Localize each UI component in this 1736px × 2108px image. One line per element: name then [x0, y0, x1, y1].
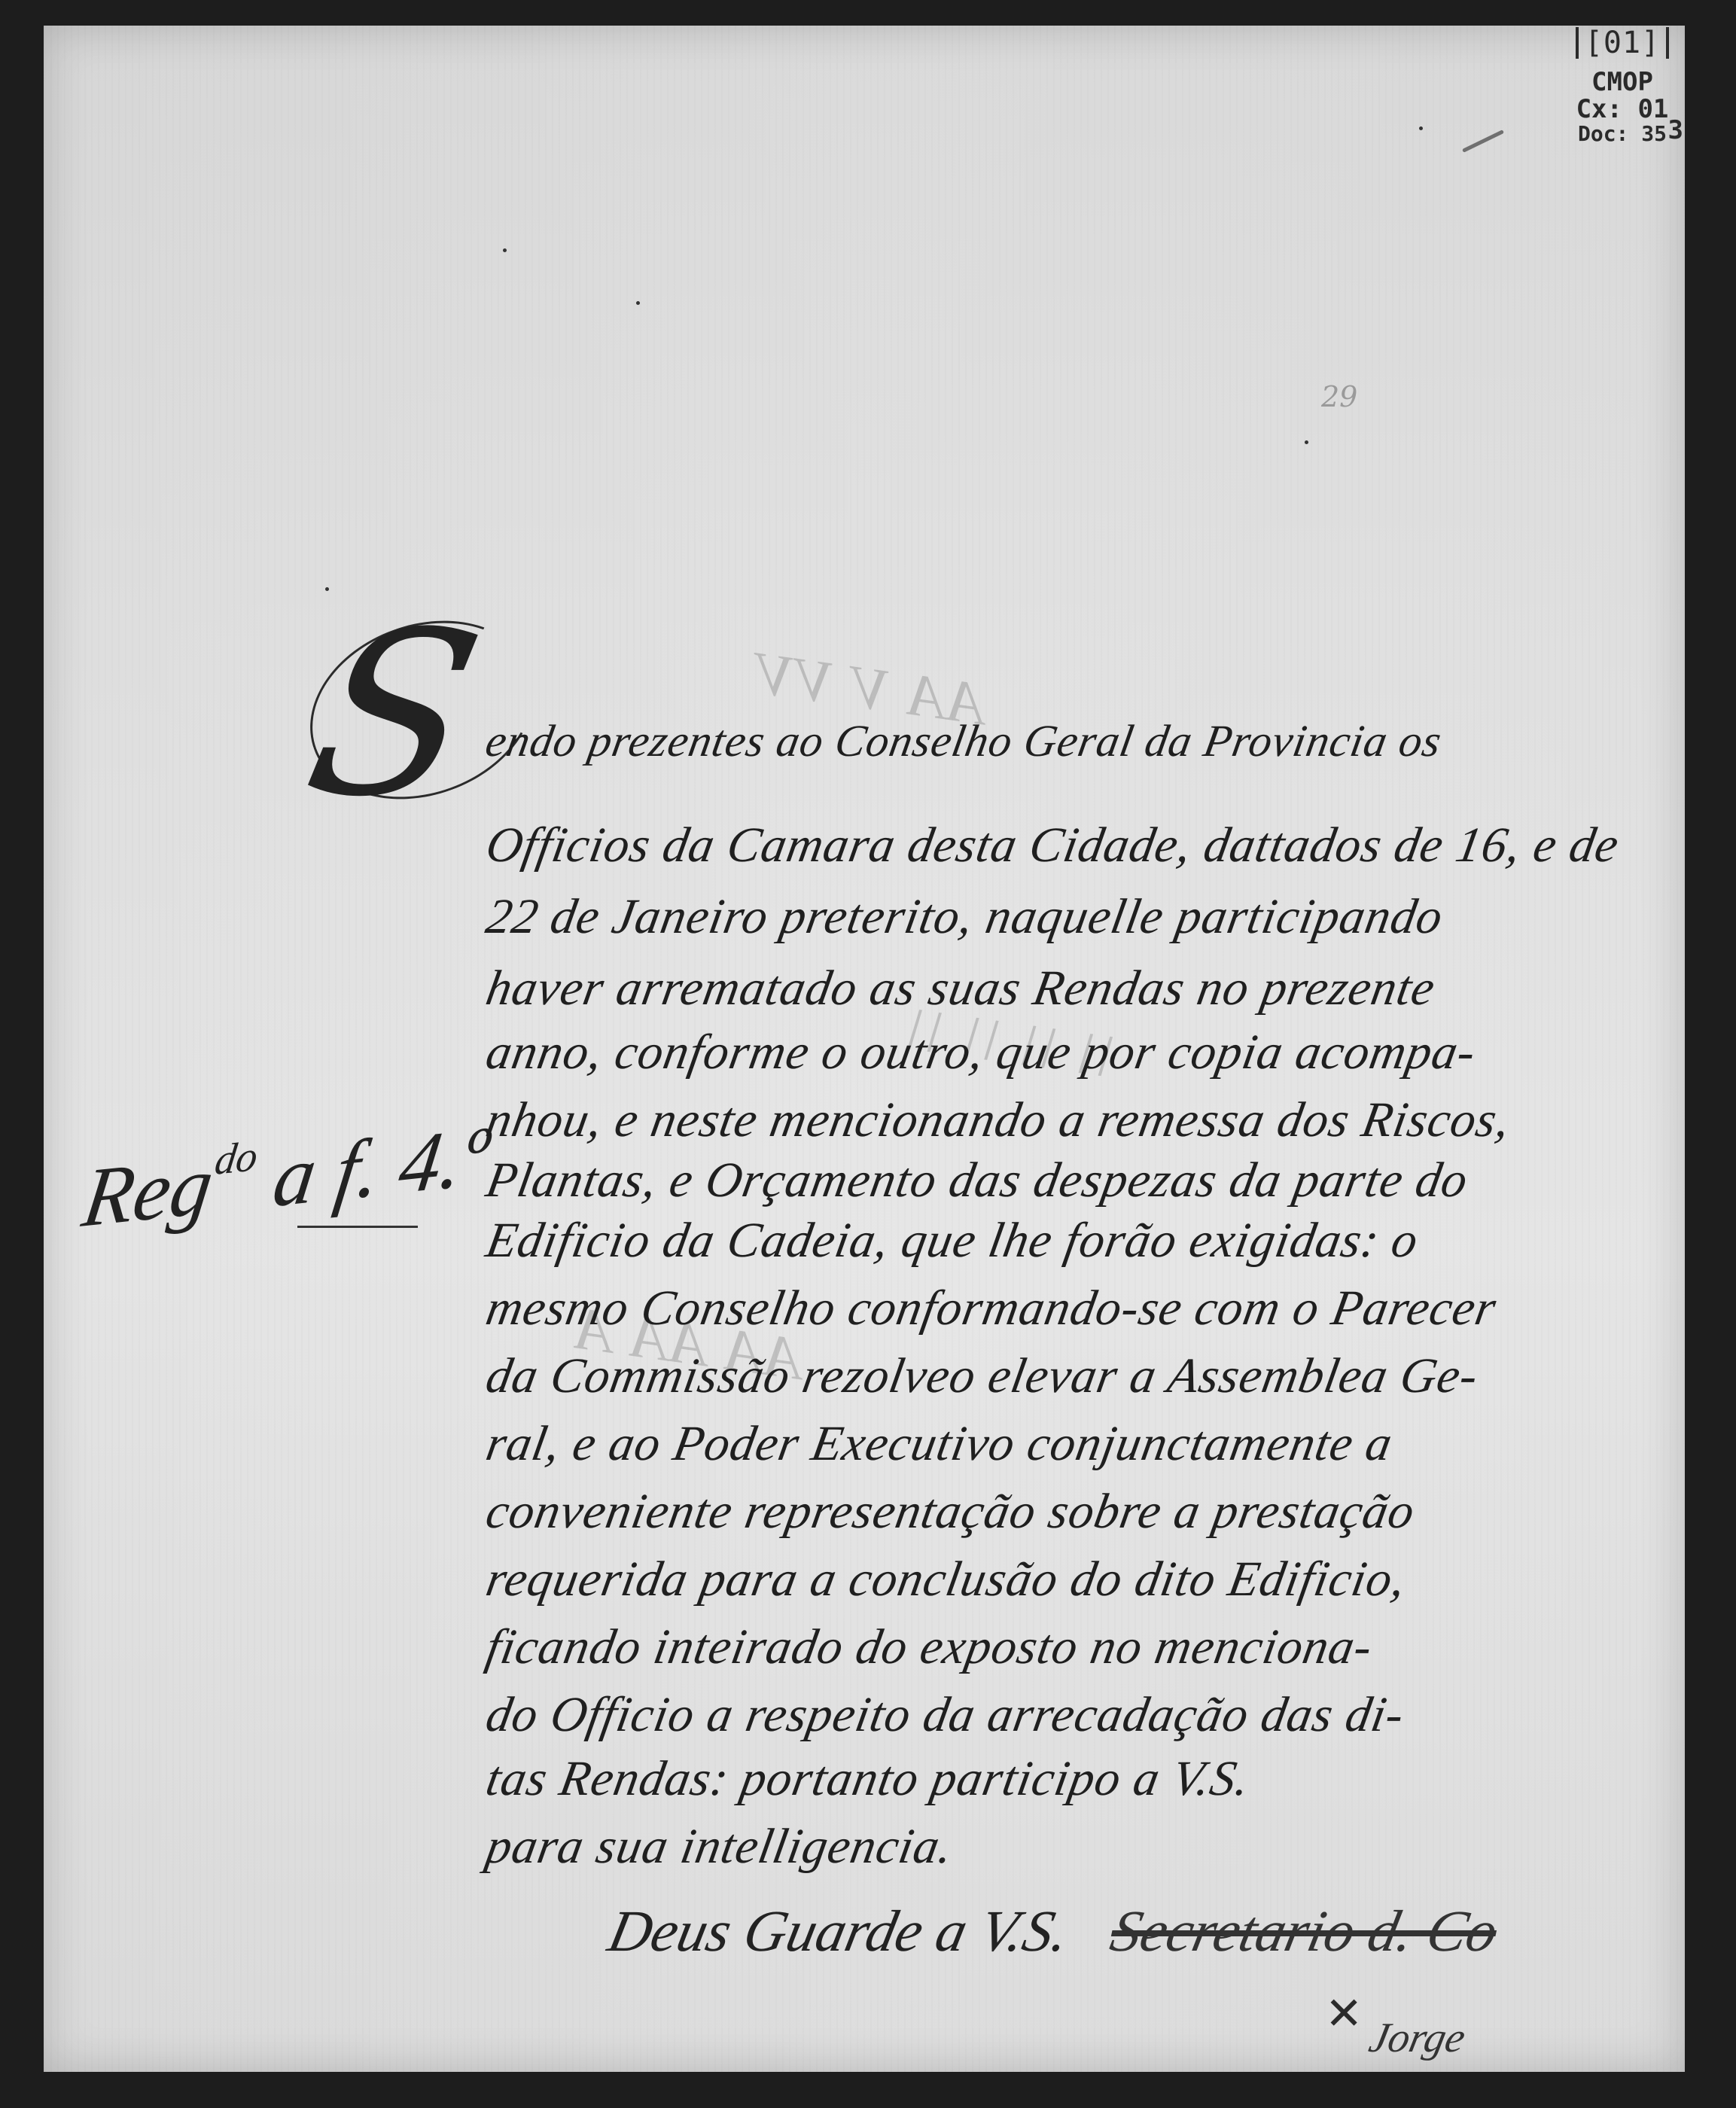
- document-number: Doc: 35: [1566, 123, 1679, 145]
- signature: Jorge: [1365, 2014, 1470, 2062]
- collection-suffix: 3: [1668, 117, 1683, 145]
- body-line: ral, e ao Poder Executivo conjunctamente…: [482, 1415, 1397, 1473]
- punch-dot: [1419, 126, 1423, 130]
- body-line: anno, conforme o outro, que por copia ac…: [482, 1024, 1480, 1081]
- folio-number: [01]: [1576, 27, 1669, 59]
- punch-dot: [636, 301, 640, 305]
- margin-note-superscript: do: [212, 1132, 261, 1184]
- archive-stamp: [01] CMOP 3 Cx: 01 Doc: 35: [1566, 27, 1679, 145]
- salutation-text: Deus Guarde a V.S.: [603, 1898, 1075, 1963]
- body-line: nhou, e neste mencionando a remessa dos …: [482, 1092, 1515, 1149]
- body-line: endo prezentes ao Conselho Geral da Prov…: [482, 715, 1446, 767]
- body-line: do Officio a respeito da arrecadação das…: [482, 1686, 1409, 1744]
- body-line: Plantas, e Orçamento das despezas da par…: [482, 1152, 1473, 1209]
- box-number: Cx: 01: [1566, 96, 1679, 123]
- body-line: da Commissão rezolveo elevar a Assemblea…: [482, 1348, 1483, 1405]
- body-line: haver arrematado as suas Rendas no preze…: [482, 960, 1439, 1017]
- page-number: 29: [1321, 380, 1357, 413]
- punch-dot: [325, 587, 329, 591]
- punch-dot: [1305, 440, 1308, 444]
- body-line: para sua intelligencia.: [482, 1818, 958, 1875]
- body-line: tas Rendas: portanto participo a V.S.: [482, 1750, 1254, 1808]
- collection-code: CMOP: [1566, 69, 1679, 96]
- margin-note-main: Reg: [78, 1138, 219, 1244]
- body-line: requerida para a conclusão do dito Edifi…: [482, 1551, 1411, 1608]
- body-line: Officios da Camara desta Cidade, dattado…: [482, 817, 1623, 874]
- body-line: Edificio da Cadeia, que lhe forão exigid…: [482, 1212, 1423, 1269]
- punch-dot: [503, 248, 507, 252]
- body-line: mesmo Conselho conformando-se com o Pare…: [482, 1280, 1501, 1337]
- body-line: ficando inteirado do exposto no menciona…: [482, 1619, 1377, 1676]
- struck-through-text: Secretario d. Co: [1105, 1898, 1503, 1963]
- body-line: conveniente representação sobre a presta…: [482, 1483, 1419, 1540]
- cross-mark-icon: ✕: [1325, 1988, 1363, 2040]
- margin-underline: [297, 1226, 418, 1228]
- closing-salutation: Deus Guarde a V.S. Secretario d. Co: [602, 1897, 1503, 1965]
- body-line: 22 de Janeiro preterito, naquelle partic…: [482, 888, 1448, 946]
